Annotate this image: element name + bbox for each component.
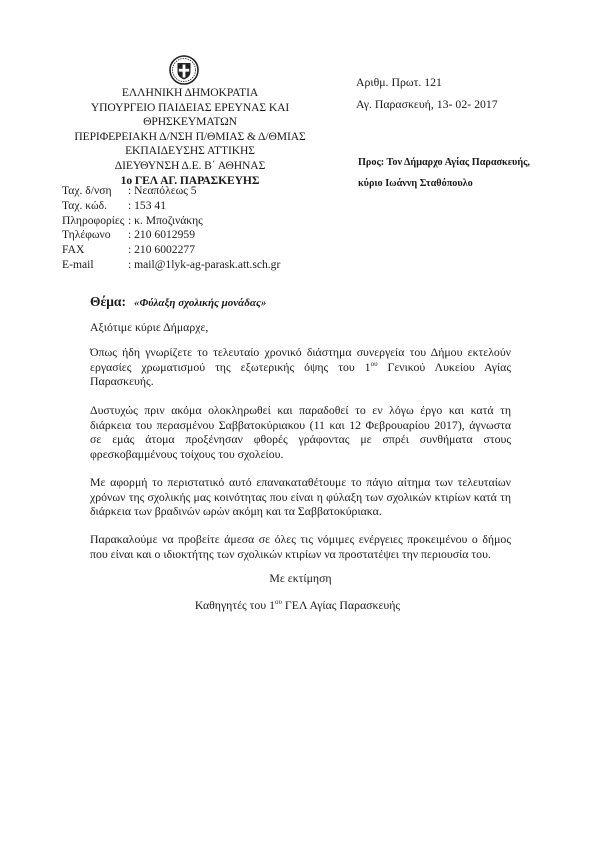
letter-page: ΕΛΛΗΝΙΚΗ ΔΗΜΟΚΡΑΤΙΑ ΥΠΟΥΡΓΕΙΟ ΠΑΙΔΕΙΑΣ Ε… [0,0,595,842]
protocol-number: Αριθμ. Πρωτ. 121 [356,71,498,93]
paragraph-1: Όπως ήδη γνωρίζετε το τελευταίο χρονικό … [90,345,511,389]
superscript: ου [371,360,378,368]
contact-value: : κ. Μποζινάκης [128,214,203,229]
contact-row-phone: Τηλέφωνο : 210 6012959 [62,228,280,243]
signature-text: ΓΕΛ Αγίας Παρασκευής [282,598,400,612]
paragraph-4: Παρακαλούμε να προβείτε άμεσα σε όλες τι… [90,532,511,561]
contact-label: E-mail [62,258,128,273]
contact-label: FAX [62,243,128,258]
org-line-directorate: ΔΙΕΥΘΥΝΣΗ Δ.Ε. Β΄ ΑΘΗΝΑΣ [58,159,322,174]
paragraph-2: Δυστυχώς πριν ακόμα ολοκληρωθεί και παρα… [90,403,511,461]
org-line-ministry: ΥΠΟΥΡΓΕΙΟ ΠΑΙΔΕΙΑΣ ΕΡΕΥΝΑΣ ΚΑΙ [58,101,322,116]
closing-phrase: Με εκτίμηση [3,571,595,586]
subject-label: Θέμα: [90,294,126,309]
recipient-line-2: κύριο Ιωάννη Σταθόπουλο [358,173,530,194]
contact-value: : 210 6012959 [128,228,195,243]
contact-row-info: Πληροφορίες : κ. Μποζινάκης [62,214,280,229]
salutation: Αξιότιμε κύριε Δήμαρχε, [90,320,208,335]
contact-value: : 153 41 [128,199,166,214]
contact-value: : Νεαπόλεως 5 [128,184,197,199]
org-line-regional: ΠΕΡΙΦΕΡΕΙΑΚΗ Δ/ΝΣΗ Π/ΘΜΙΑΣ & Δ/ΘΜΙΑΣ [58,130,322,145]
paragraph-3: Με αφορμή το περιστατικό αυτό επανακαταθ… [90,475,511,519]
contact-details: Ταχ. δ/νση : Νεαπόλεως 5 Ταχ. κώδ. : 153… [62,184,280,273]
recipient-line-1: Προς: Τον Δήμαρχο Αγίας Παρασκευής, [358,152,530,173]
superscript: ου [275,598,282,606]
place-date: Αγ. Παρασκευή, 13- 02- 2017 [356,93,498,115]
reference-block: Αριθμ. Πρωτ. 121 Αγ. Παρασκευή, 13- 02- … [356,71,498,115]
signature: Καθηγητές του 1ου ΓΕΛ Αγίας Παρασκευής [0,598,595,613]
contact-row-fax: FAX : 210 6002277 [62,243,280,258]
contact-label: Τηλέφωνο [62,228,128,243]
org-line-ministry-cont: ΘΡΗΣΚΕΥΜΑΤΩΝ [58,115,322,130]
contact-value: : mail@1lyk-ag-parask.att.sch.gr [128,258,280,273]
org-line-country: ΕΛΛΗΝΙΚΗ ΔΗΜΟΚΡΑΤΙΑ [58,86,322,101]
contact-label: Ταχ. κώδ. [62,199,128,214]
signature-text: Καθηγητές του 1 [195,598,275,612]
greek-coat-of-arms-icon [169,55,199,85]
org-line-region: ΕΚΠΑΙΔΕΥΣΗΣ ΑΤΤΙΚΗΣ [58,144,322,159]
subject-text: «Φύλαξη σχολικής μονάδας» [134,297,266,309]
contact-row-email: E-mail : mail@1lyk-ag-parask.att.sch.gr [62,258,280,273]
contact-value: : 210 6002277 [128,243,195,258]
organization-header: ΕΛΛΗΝΙΚΗ ΔΗΜΟΚΡΑΤΙΑ ΥΠΟΥΡΓΕΙΟ ΠΑΙΔΕΙΑΣ Ε… [58,86,322,188]
contact-row-address: Ταχ. δ/νση : Νεαπόλεως 5 [62,184,280,199]
contact-row-postcode: Ταχ. κώδ. : 153 41 [62,199,280,214]
subject-line: Θέμα: «Φύλαξη σχολικής μονάδας» [90,293,266,311]
contact-label: Ταχ. δ/νση [62,184,128,199]
contact-label: Πληροφορίες [62,214,128,229]
recipient-block: Προς: Τον Δήμαρχο Αγίας Παρασκευής, κύρι… [358,152,530,194]
